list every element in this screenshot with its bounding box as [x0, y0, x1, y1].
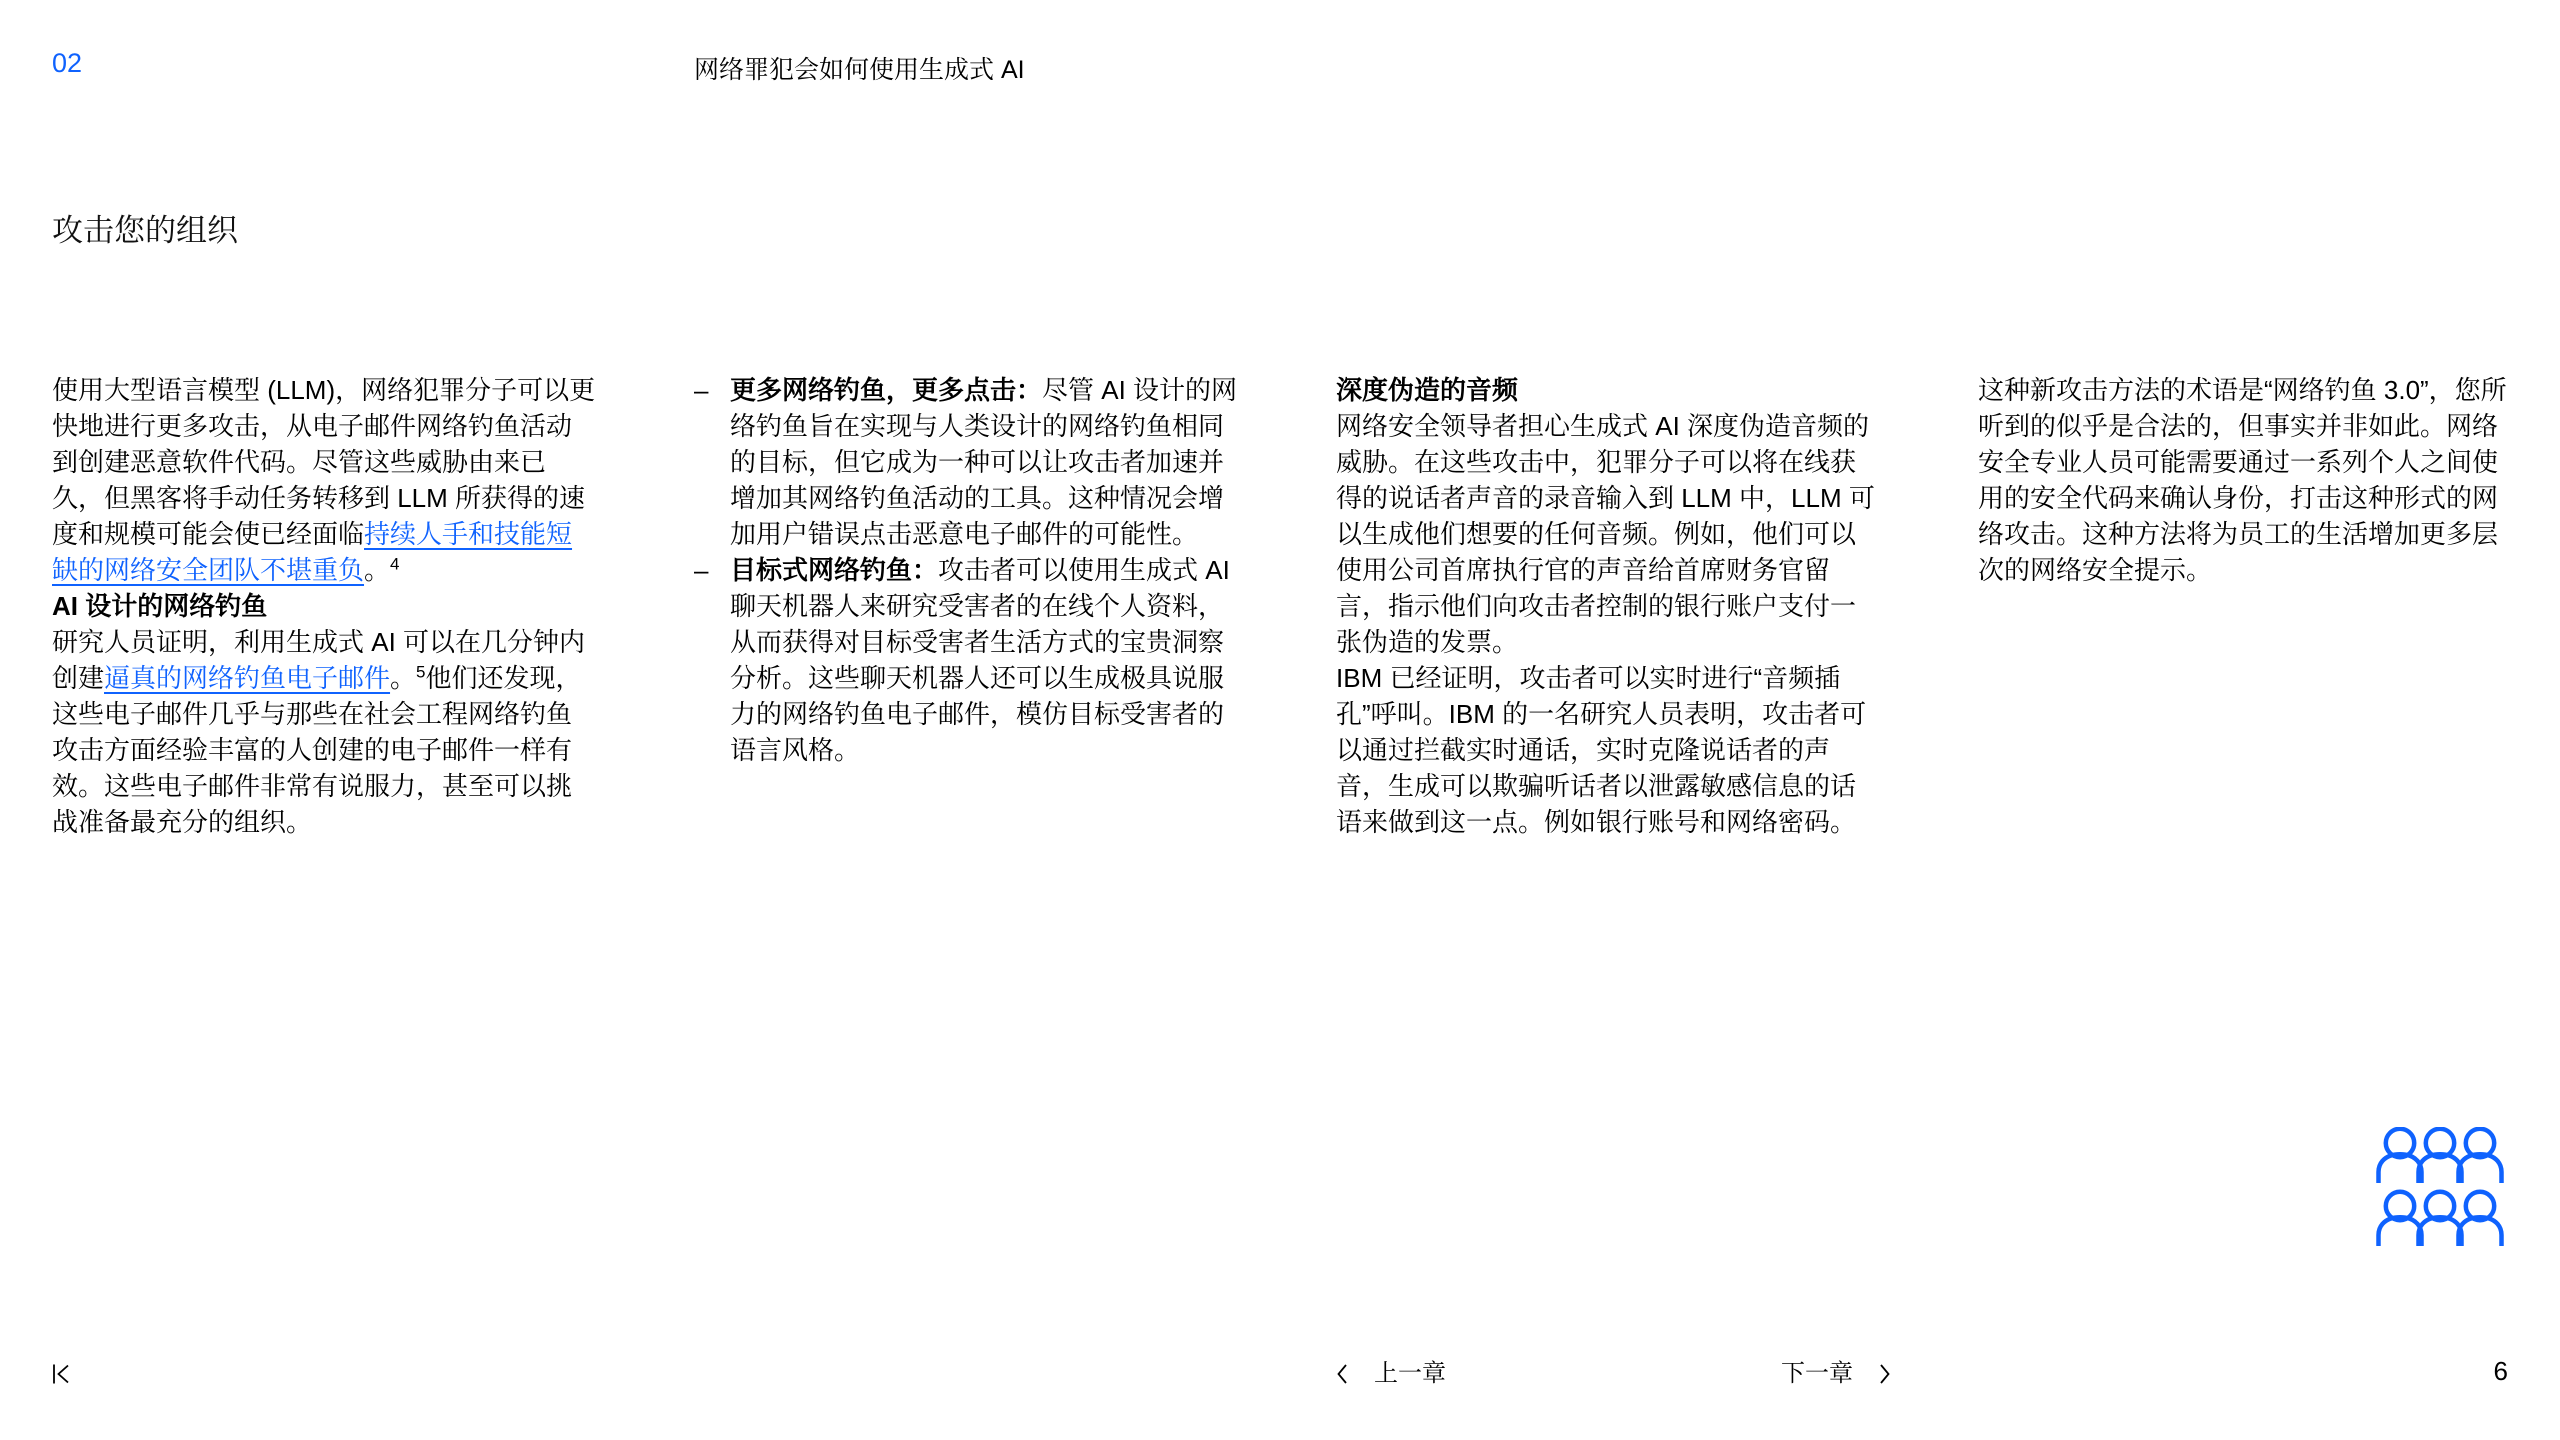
ai-phishing-paragraph: 研究人员证明，利用生成式 AI 可以在几分钟内创建逼真的网络钓鱼电子邮件。5他们… — [52, 624, 596, 840]
ai-phishing-heading: AI 设计的网络钓鱼 — [52, 588, 596, 624]
intro-paragraph: 使用大型语言模型 (LLM)，网络犯罪分子可以更快地进行更多攻击，从电子邮件网络… — [52, 372, 596, 588]
footnote-ref-4[interactable]: 4 — [390, 554, 399, 573]
list-item: – 更多网络钓鱼，更多点击：尽管 AI 设计的网络钓鱼旨在实现与人类设计的网络钓… — [694, 372, 1238, 552]
previous-chapter-button[interactable]: 上一章 — [1336, 1358, 1446, 1390]
ai-phishing-period: 。 — [390, 663, 416, 693]
deepfake-audio-paragraph-1: 网络安全领导者担心生成式 AI 深度伪造音频的威胁。在这些攻击中，犯罪分子可以将… — [1336, 408, 1880, 660]
skip-to-start-icon — [50, 1362, 74, 1386]
footnote-ref-5[interactable]: 5 — [416, 662, 425, 681]
page-title: 攻击您的组织 — [52, 205, 238, 250]
deepfake-audio-heading: 深度伪造的音频 — [1336, 372, 1880, 408]
running-header-title: 网络罪犯会如何使用生成式 AI — [694, 50, 1025, 86]
report-page: 02 网络罪犯会如何使用生成式 AI 攻击您的组织 使用大型语言模型 (LLM)… — [0, 0, 2560, 1440]
page-number: 6 — [2494, 1356, 2508, 1387]
chevron-left-icon — [1336, 1363, 1348, 1385]
go-to-first-page-button[interactable] — [50, 1362, 74, 1386]
bullet-dash: – — [694, 552, 730, 768]
text-column-3: 深度伪造的音频 网络安全领导者担心生成式 AI 深度伪造音频的威胁。在这些攻击中… — [1336, 372, 1880, 840]
phishing-3-0-paragraph: 这种新攻击方法的术语是“网络钓鱼 3.0”，您所听到的似乎是合法的，但事实并非如… — [1978, 372, 2522, 588]
people-group-icon — [2376, 1127, 2504, 1246]
text-column-2: – 更多网络钓鱼，更多点击：尽管 AI 设计的网络钓鱼旨在实现与人类设计的网络钓… — [694, 372, 1238, 768]
next-chapter-button[interactable]: 下一章 — [1781, 1358, 1891, 1390]
text-column-4: 这种新攻击方法的术语是“网络钓鱼 3.0”，您所听到的似乎是合法的，但事实并非如… — [1978, 372, 2522, 588]
bullet-1-paragraph: 更多网络钓鱼，更多点击：尽管 AI 设计的网络钓鱼旨在实现与人类设计的网络钓鱼相… — [730, 372, 1238, 552]
previous-chapter-label: 上一章 — [1374, 1358, 1446, 1390]
list-item: – 目标式网络钓鱼：攻击者可以使用生成式 AI 聊天机器人来研究受害者的在线个人… — [694, 552, 1238, 768]
chevron-right-icon — [1879, 1363, 1891, 1385]
bullet-2-text: 攻击者可以使用生成式 AI 聊天机器人来研究受害者的在线个人资料，从而获得对目标… — [730, 555, 1230, 765]
chapter-number: 02 — [52, 48, 82, 79]
bullet-1-lead: 更多网络钓鱼，更多点击： — [730, 375, 1042, 405]
intro-period: 。 — [364, 555, 390, 585]
phishing-email-link[interactable]: 逼真的网络钓鱼电子邮件 — [104, 663, 390, 693]
bullet-2-paragraph: 目标式网络钓鱼：攻击者可以使用生成式 AI 聊天机器人来研究受害者的在线个人资料… — [730, 552, 1238, 768]
bullet-dash: – — [694, 372, 730, 552]
next-chapter-label: 下一章 — [1781, 1358, 1853, 1390]
deepfake-audio-paragraph-2: IBM 已经证明，攻击者可以实时进行“音频插孔”呼叫。IBM 的一名研究人员表明… — [1336, 660, 1880, 840]
bullet-2-lead: 目标式网络钓鱼： — [730, 555, 938, 585]
text-column-1: 使用大型语言模型 (LLM)，网络犯罪分子可以更快地进行更多攻击，从电子邮件网络… — [52, 372, 596, 840]
